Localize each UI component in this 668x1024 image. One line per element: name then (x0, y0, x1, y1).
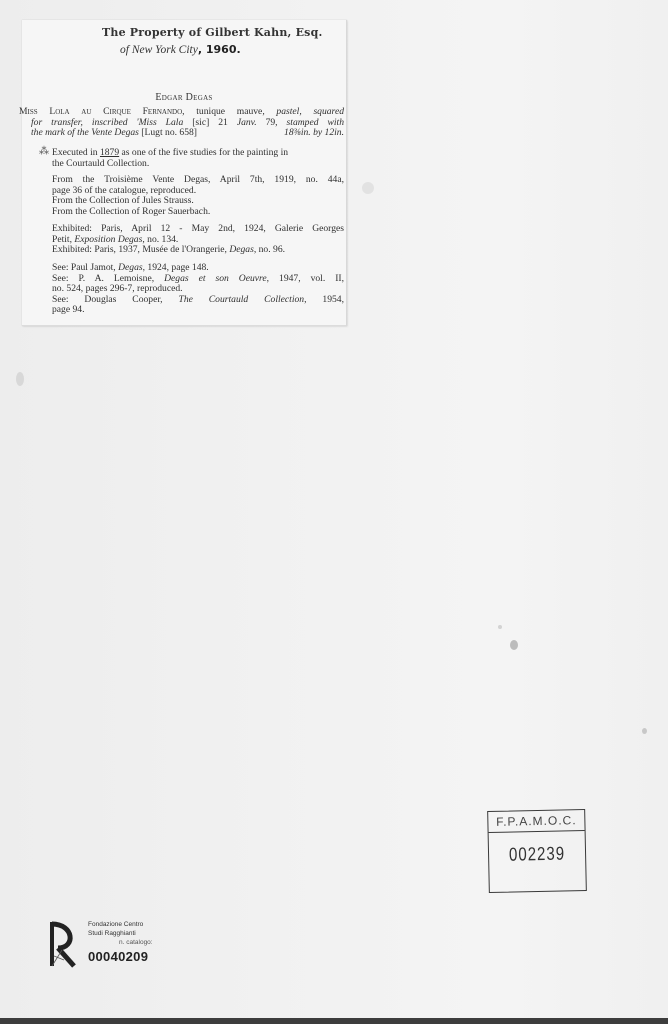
archive-label: Fondazione Centro Studi Ragghianti n. ca… (88, 920, 153, 965)
artist-name: Edgar Degas (22, 92, 346, 103)
provenance-list: From the Troisième Vente Degas, April 7t… (52, 175, 344, 217)
provenance-item: From the Troisième Vente Degas, April 7t… (52, 175, 344, 186)
city-line: of New York City, 1960. (120, 43, 241, 56)
executed-year: 1879 (100, 147, 119, 158)
paper-stain (16, 372, 24, 386)
stamp-header: F.P.A.M.O.C. (488, 810, 584, 833)
dimensions: 18⅜in. by 12in. (284, 128, 344, 139)
stamp-number: 002239 (489, 843, 585, 866)
fondazione-logo-icon (48, 920, 76, 968)
asterisk-mark-icon: ⁂ (39, 147, 49, 158)
city-text: of New York City (120, 44, 198, 56)
paper-stain (510, 640, 518, 650)
handwritten-year: , 1960. (198, 43, 241, 56)
owner-line: The Property of Gilbert Kahn, Esq. (102, 26, 323, 39)
execution-note: ⁂ Executed in 1879 as one of the five st… (52, 148, 344, 169)
paper-stain (362, 182, 374, 194)
paper-stain (498, 625, 502, 629)
provenance-card: The Property of Gilbert Kahn, Esq. of Ne… (22, 20, 347, 326)
exhibition-list: Exhibited: Paris, April 12 - May 2nd, 19… (52, 224, 344, 256)
title-line-3: the mark of the Vente Degas [Lugt no. 65… (19, 128, 344, 139)
paper-stain (642, 728, 647, 734)
literature-list: See: Paul Jamot, Degas, 1924, page 148. … (52, 263, 344, 316)
fpamoc-stamp: F.P.A.M.O.C. 002239 (487, 809, 587, 893)
scan-edge (0, 1018, 668, 1024)
catalog-number: 00040209 (88, 949, 153, 965)
provenance-item: From the Collection of Roger Sauerbach. (52, 207, 344, 218)
artwork-title-block: Miss Lola au Cirque Fernando, tunique ma… (19, 107, 344, 139)
